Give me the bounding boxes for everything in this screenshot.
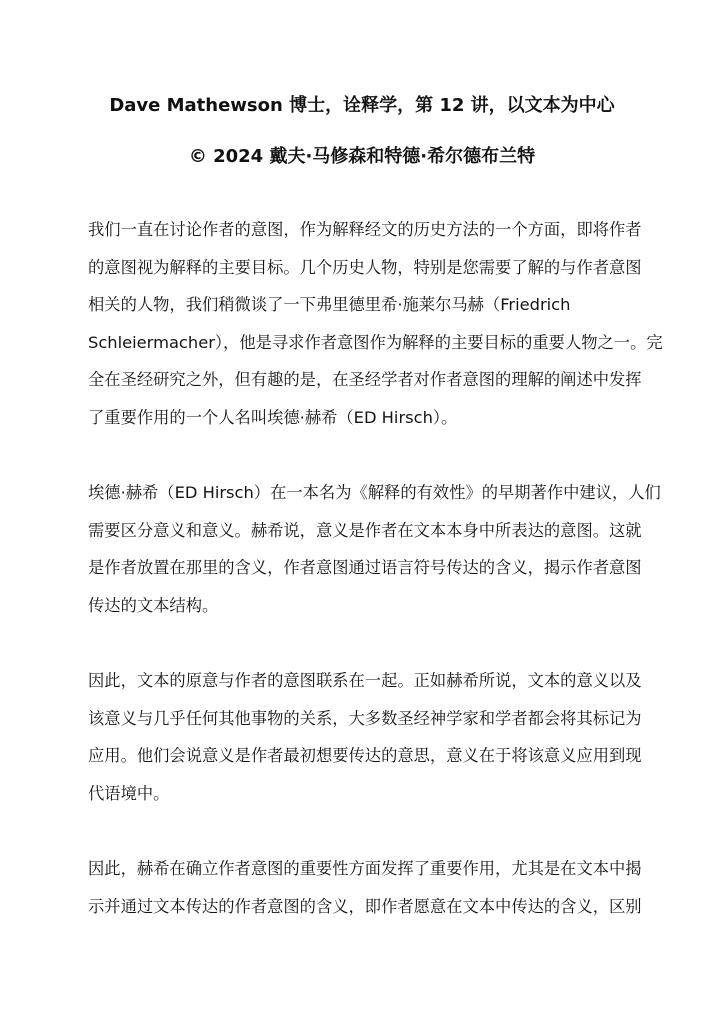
paragraph-line: 全在圣经研究之外，但有趣的是，在圣经学者对作者意图的理解的阐述中发挥 <box>88 368 628 406</box>
paragraph-line: 示并通过文本传达的作者意图的含义，即作者愿意在文本中传达的含义，区别 <box>88 895 628 933</box>
paragraph-line: 我们一直在讨论作者的意图，作为解释经文的历史方法的一个方面，即将作者 <box>88 218 628 256</box>
paragraph-line: Schleiermacher），他是寻求作者意图作为解释的主要目标的重要人物之一… <box>88 331 628 369</box>
document-page: Dave Mathewson 博士，诠释学，第 12 讲，以文本为中心 © 20… <box>0 0 724 1024</box>
paragraph-line: 需要区分意义和意义。赫希说，意义是作者在文本本身中所表达的意图。这就 <box>88 519 628 557</box>
paragraph-3: 因此，文本的原意与作者的意图联系在一起。正如赫希所说，文本的意义以及 该意义与几… <box>88 669 628 819</box>
paragraph-line: 该意义与几乎任何其他事物的关系，大多数圣经神学家和学者都会将其标记为 <box>88 707 628 745</box>
document-title: Dave Mathewson 博士，诠释学，第 12 讲，以文本为中心 <box>0 94 724 118</box>
paragraph-line: 传达的文本结构。 <box>88 594 628 632</box>
paragraph-line: 代语境中。 <box>88 782 628 820</box>
paragraph-2: 埃德·赫希（ED Hirsch）在一本名为《解释的有效性》的早期著作中建议，人们… <box>88 481 628 631</box>
paragraph-line: 的意图视为解释的主要目标。几个历史人物，特别是您需要了解的与作者意图 <box>88 256 628 294</box>
paragraph-line: 应用。他们会说意义是作者最初想要传达的意思，意义在于将该意义应用到现 <box>88 744 628 782</box>
paragraph-line: 因此，赫希在确立作者意图的重要性方面发挥了重要作用，尤其是在文本中揭 <box>88 857 628 895</box>
copyright-line: © 2024 戴夫·马修森和特德·希尔德布兰特 <box>0 145 724 169</box>
paragraph-line: 了重要作用的一个人名叫埃德·赫希（ED Hirsch）。 <box>88 406 628 444</box>
paragraph-4: 因此，赫希在确立作者意图的重要性方面发挥了重要作用，尤其是在文本中揭 示并通过文… <box>88 857 628 932</box>
paragraph-line: 相关的人物，我们稍微谈了一下弗里德里希·施莱尔马赫（Friedrich <box>88 293 628 331</box>
paragraph-1: 我们一直在讨论作者的意图，作为解释经文的历史方法的一个方面，即将作者 的意图视为… <box>88 218 628 443</box>
paragraph-line: 埃德·赫希（ED Hirsch）在一本名为《解释的有效性》的早期著作中建议，人们 <box>88 481 628 519</box>
paragraph-line: 是作者放置在那里的含义，作者意图通过语言符号传达的含义，揭示作者意图 <box>88 556 628 594</box>
paragraph-line: 因此，文本的原意与作者的意图联系在一起。正如赫希所说，文本的意义以及 <box>88 669 628 707</box>
